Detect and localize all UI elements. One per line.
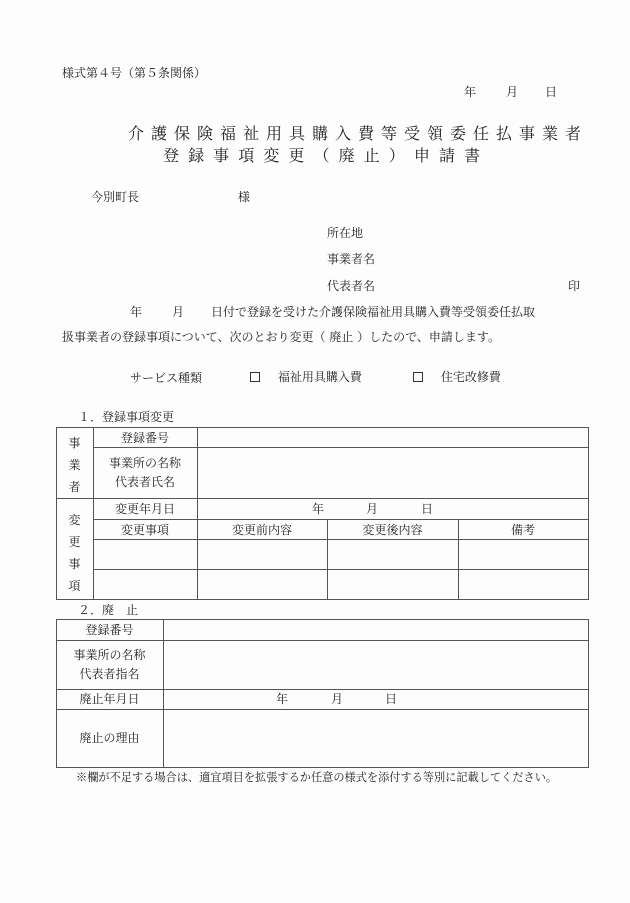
business-name-label: 事業者名 xyxy=(327,253,375,265)
date-day-label: 日 xyxy=(545,86,557,98)
form-number: 様式第４号（第５条関係） xyxy=(62,67,206,79)
service-option-housing-renovation[interactable]: 住宅改修費 xyxy=(413,371,501,383)
s1-registration-number-label: 登録番号 xyxy=(93,432,197,444)
change-row-1-remarks[interactable] xyxy=(459,540,588,569)
date-month-label: 月 xyxy=(506,86,518,98)
change-group-label: 変 更 事 項 xyxy=(56,509,93,597)
s2-registration-number-label: 登録番号 xyxy=(56,624,163,636)
table-border xyxy=(56,599,589,600)
service-type-label: サービス種類 xyxy=(130,372,202,384)
footnote: ※欄が不足する場合は、適宜項目を拡張するか任意の様式を添付する等別に記載してくだ… xyxy=(76,772,557,783)
change-row-1-after[interactable] xyxy=(328,540,458,569)
document-title-line2: 登 録 事 項 変 更 （ 廃 止 ） 申 請 書 xyxy=(163,148,482,164)
change-row-2-before[interactable] xyxy=(198,570,327,599)
business-name-field[interactable] xyxy=(382,248,580,268)
change-row-2-item[interactable] xyxy=(94,570,197,599)
table-border xyxy=(56,767,589,768)
change-row-1-before[interactable] xyxy=(198,540,327,569)
s2-office-name-field[interactable] xyxy=(164,641,588,689)
representative-field[interactable] xyxy=(382,275,562,295)
change-row-2-remarks[interactable] xyxy=(459,570,588,599)
table-divider xyxy=(93,519,589,520)
address-field[interactable] xyxy=(370,222,580,242)
addressee-honorific: 様 xyxy=(238,191,250,203)
abolition-date-label: 廃止年月日 xyxy=(56,693,163,705)
housing-renovation-label: 住宅改修費 xyxy=(441,370,501,384)
business-group-label: 事 業 者 xyxy=(56,432,93,498)
addressee-name: 今別町長 xyxy=(91,191,139,203)
change-date-field[interactable] xyxy=(198,499,588,519)
table-border xyxy=(588,619,589,768)
abolition-reason-field[interactable] xyxy=(164,710,588,767)
s2-registration-number-field[interactable] xyxy=(164,620,588,640)
body-text-line1: 日付で登録を受けた介護保険福祉用具購入費等受領委任払取 xyxy=(211,306,535,318)
checkbox-welfare-equipment[interactable] xyxy=(250,372,260,382)
column-header-change-item: 変更事項 xyxy=(93,524,197,536)
abolition-reason-label: 廃止の理由 xyxy=(56,732,163,744)
section1-heading: １．登録事項変更 xyxy=(78,411,174,423)
representative-label: 代表者名 xyxy=(327,280,375,292)
s1-office-name-field[interactable] xyxy=(198,448,588,498)
address-label: 所在地 xyxy=(327,227,363,239)
s1-representative-name-label: 代表者氏名 xyxy=(93,476,197,488)
document-title-line1: 介護保険福祉用具購入費等受領委任払事業者 xyxy=(128,126,588,142)
seal-mark: 印 xyxy=(568,280,580,292)
section2-heading: ２．廃 止 xyxy=(78,604,138,616)
column-header-remarks: 備考 xyxy=(458,524,588,536)
service-option-welfare-equipment[interactable]: 福祉用具購入費 xyxy=(250,371,362,383)
body-date-month: 月 xyxy=(172,306,184,318)
body-date-year: 年 xyxy=(130,306,142,318)
date-year-label: 年 xyxy=(464,86,476,98)
checkbox-housing-renovation[interactable] xyxy=(413,372,423,382)
s2-representative-name-label: 代表者指名 xyxy=(56,668,163,680)
abolition-date-field[interactable] xyxy=(164,690,588,709)
change-row-2-after[interactable] xyxy=(328,570,458,599)
column-header-after: 変更後内容 xyxy=(327,524,458,536)
table-border xyxy=(588,427,589,600)
change-date-label: 変更年月日 xyxy=(93,503,197,515)
s1-office-name-label: 事業所の名称 xyxy=(93,457,197,469)
change-row-1-item[interactable] xyxy=(94,540,197,569)
s2-office-name-label: 事業所の名称 xyxy=(56,649,163,661)
s1-registration-number-field[interactable] xyxy=(198,428,588,447)
welfare-equipment-label: 福祉用具購入費 xyxy=(278,370,362,384)
body-text-line2: 扱事業者の登録事項について、次のとおり変更（ 廃止 ）したので、申請します。 xyxy=(62,331,500,343)
column-header-before: 変更前内容 xyxy=(197,524,327,536)
